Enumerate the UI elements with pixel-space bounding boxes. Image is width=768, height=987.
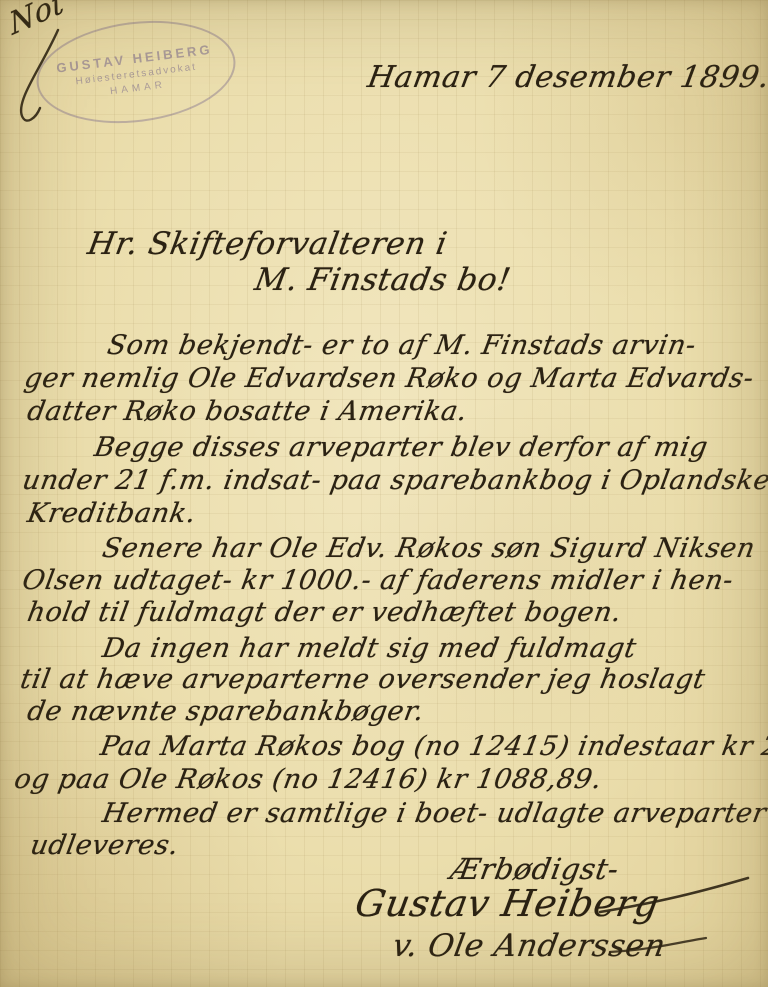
letter-line: Hermed er samtlige i boet- udlagte arvep… xyxy=(100,798,768,829)
letter-line: Paa Marta Røkos bog (no 12415) indestaar… xyxy=(98,731,768,762)
letter-line: de nævnte sparebankbøger. xyxy=(25,696,427,727)
letter-line: Senere har Ole Edv. Røkos søn Sigurd Nik… xyxy=(100,533,758,564)
letter-line: under 21 f.m. indsat- paa sparebankbog i… xyxy=(20,465,768,496)
letter-line: til at hæve arveparterne oversender jeg … xyxy=(18,664,708,695)
letter-line: Begge disses arveparter blev derfor af m… xyxy=(92,432,710,463)
notary-stamp: GUSTAV HEIBERG Høiesteretsadvokat HAMAR xyxy=(31,10,242,134)
signature-clerk: v. Ole Anderssen xyxy=(390,928,669,964)
closing-line: Ærbødigst- xyxy=(448,852,622,886)
letter-line: Da ingen har meldt sig med fuldmagt xyxy=(100,633,639,664)
date-line: Hamar 7 desember 1899. xyxy=(365,60,768,95)
document-page: Not GUSTAV HEIBERG Høiesteretsadvokat HA… xyxy=(0,0,768,987)
letter-line: udleveres. xyxy=(28,830,181,861)
letter-line: datter Røko bosatte i Amerika. xyxy=(25,396,470,427)
letter-line: Som bekjendt- er to af M. Finstads arvin… xyxy=(105,330,699,361)
signature-name: Gustav Heiberg xyxy=(352,882,663,925)
letter-line: Kreditbank. xyxy=(25,498,199,529)
letter-line: hold til fuldmagt der er vedhæftet bogen… xyxy=(25,597,624,628)
salutation-line-1: Hr. Skifteforvalteren i xyxy=(85,226,450,262)
salutation-line-2: M. Finstads bo! xyxy=(252,262,514,298)
corner-annotation: Not xyxy=(7,0,68,43)
letter-line: ger nemlig Ole Edvardsen Røko og Marta E… xyxy=(22,363,756,394)
letter-line: Olsen udtaget- kr 1000.- af faderens mid… xyxy=(20,565,736,596)
letter-line: og paa Ole Røkos (no 12416) kr 1088,89. xyxy=(12,764,604,795)
